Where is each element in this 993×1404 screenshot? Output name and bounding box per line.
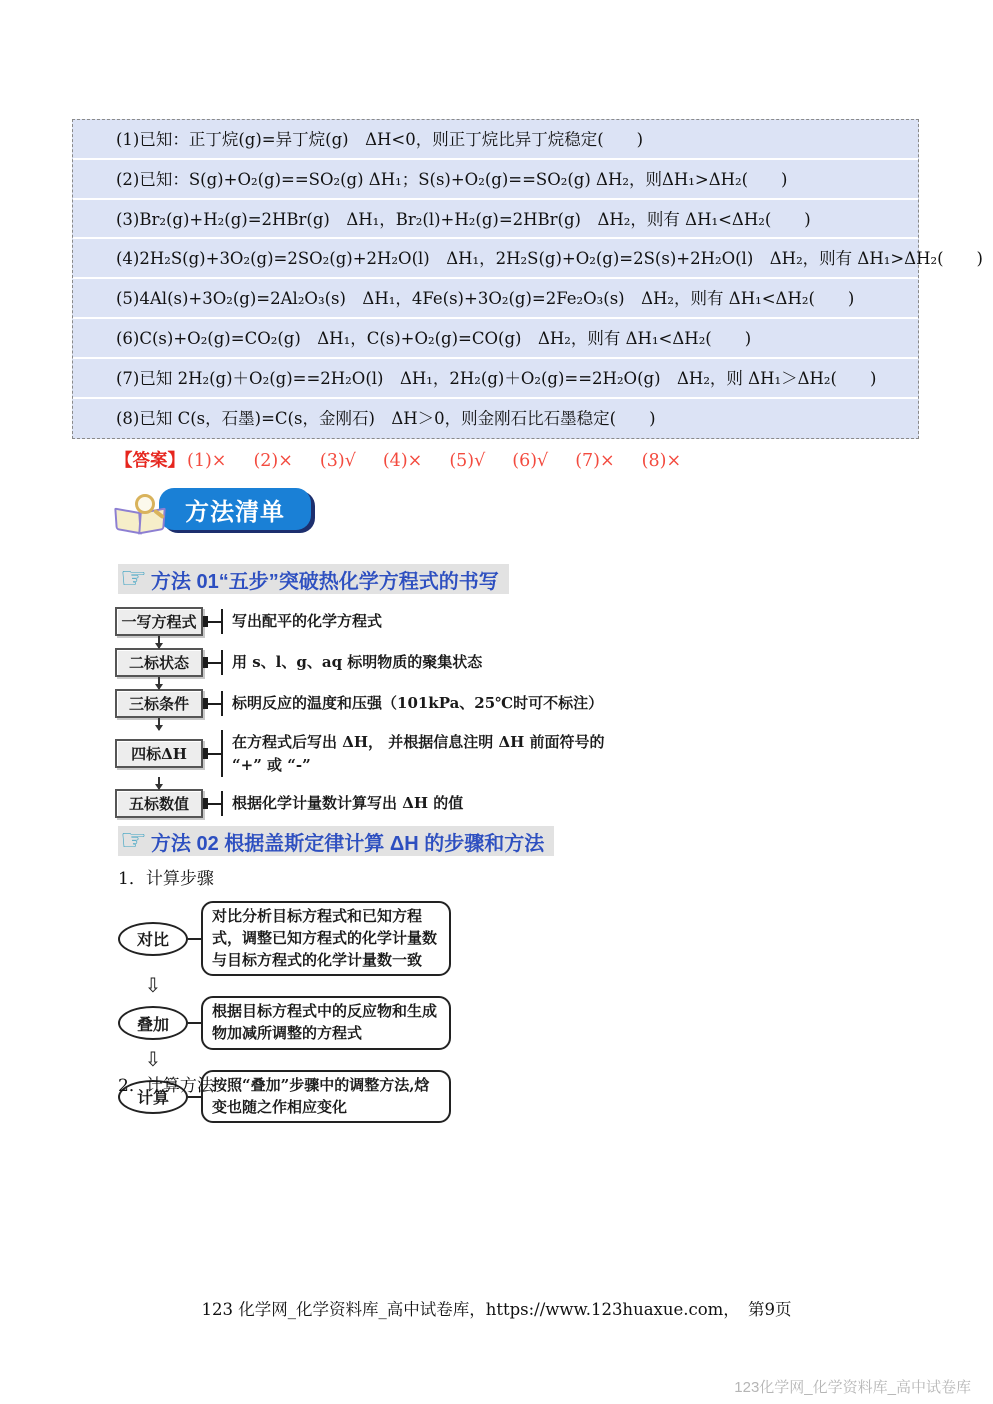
question-table: (1)已知：正丁烷(g)=异丁烷(g) ΔH<0，则正丁烷比异丁烷稳定( ) (…	[72, 119, 919, 439]
hollow-down-arrow-icon: ⇩	[118, 1050, 188, 1070]
step-box: 一写方程式	[115, 607, 203, 636]
step-description: 用 s、l、g、aq 标明物质的聚集状态	[221, 650, 482, 675]
connector-line	[188, 1022, 201, 1024]
connector-line	[208, 662, 221, 664]
page-footer: 123 化学网_化学资料库_高中试卷库，https://www.123huaxu…	[0, 1296, 993, 1320]
step-description: 对比分析目标方程式和已知方程式，调整已知方程式的化学计量数与目标方程式的化学计量…	[201, 901, 451, 976]
answer-item: (6)√	[512, 451, 548, 471]
down-arrow-icon	[158, 636, 160, 648]
answer-item: (4)×	[383, 451, 422, 471]
method02-subtitle-method: 2．计算方法	[118, 1071, 214, 1096]
pointing-hand-icon: ☞	[120, 828, 147, 854]
connector-line	[188, 938, 201, 940]
step-oval: 叠加	[118, 1006, 188, 1040]
method-list-pill: 方法清单	[159, 488, 311, 530]
method02-heading: ☞ 方法 02 根据盖斯定律计算 ΔH 的步骤和方法	[118, 826, 554, 856]
method02-subtitle-steps: 1．计算步骤	[118, 864, 214, 889]
connector-line	[208, 621, 221, 623]
method02-step: ⇩ 对比 对比分析目标方程式和已知方程式，调整已知方程式的化学计量数与目标方程式…	[118, 901, 451, 976]
book-magnifier-icon	[113, 494, 171, 534]
answer-label: 【答案】	[115, 451, 185, 471]
question-row: (5)4Al(s)+3O₂(g)=2Al₂O₃(s) ΔH₁，4Fe(s)+3O…	[73, 279, 918, 319]
step-description: 根据目标方程式中的反应物和生成物加减所调整的方程式	[201, 996, 451, 1050]
method-list-badge: 方法清单	[113, 486, 313, 534]
answer-item: (8)×	[642, 451, 681, 471]
question-row: (7)已知 2H₂(g)＋O₂(g)==2H₂O(l) ΔH₁，2H₂(g)＋O…	[73, 359, 918, 399]
answer-item: (3)√	[320, 451, 356, 471]
step-description: 写出配平的化学方程式	[221, 609, 382, 634]
connector-line	[208, 753, 221, 755]
pointing-hand-icon: ☞	[120, 566, 147, 592]
question-row: (1)已知：正丁烷(g)=异丁烷(g) ΔH<0，则正丁烷比异丁烷稳定( )	[73, 120, 918, 160]
question-row: (2)已知：S(g)+O₂(g)==SO₂(g) ΔH₁；S(s)+O₂(g)=…	[73, 160, 918, 200]
method-list-label: 方法清单	[185, 492, 285, 527]
down-arrow-icon	[158, 777, 160, 789]
method02-title: 方法 02 根据盖斯定律计算 ΔH 的步骤和方法	[151, 827, 544, 856]
answer-items: (1)×(2)×(3)√(4)×(5)√(6)√(7)×(8)×	[185, 451, 681, 471]
answer-line: 【答案】(1)×(2)×(3)√(4)×(5)√(6)√(7)×(8)×	[115, 447, 681, 472]
step-description: 按照“叠加”步骤中的调整方法,焓变也随之作相应变化	[201, 1070, 451, 1124]
method01-title: 方法 01“五步”突破热化学方程式的书写	[151, 565, 499, 594]
method01-flowchart: 一写方程式 写出配平的化学方程式 二标状态 用 s、l、g、aq 标明物质的聚集…	[115, 607, 621, 818]
question-row: (3)Br₂(g)+H₂(g)=2HBr(g) ΔH₁，Br₂(l)+H₂(g)…	[73, 200, 918, 240]
method01-step: 五标数值 根据化学计量数计算写出 ΔH 的值	[115, 777, 621, 818]
method01-step: 四标ΔH 在方程式后写出 ΔH， 并根据信息注明 ΔH 前面符号的 “+” 或 …	[115, 718, 621, 777]
question-row: (6)C(s)+O₂(g)=CO₂(g) ΔH₁，C(s)+O₂(g)=CO(g…	[73, 319, 918, 359]
watermark: 123化学网_化学资料库_高中试卷库	[734, 1376, 971, 1397]
answer-item: (5)√	[449, 451, 485, 471]
method01-step: 二标状态 用 s、l、g、aq 标明物质的聚集状态	[115, 636, 621, 677]
answer-item: (7)×	[575, 451, 614, 471]
step-description: 在方程式后写出 ΔH， 并根据信息注明 ΔH 前面符号的 “+” 或 “-”	[221, 730, 621, 777]
down-arrow-icon	[158, 718, 160, 730]
step-box: 四标ΔH	[115, 739, 203, 768]
method01-heading: ☞ 方法 01“五步”突破热化学方程式的书写	[118, 564, 509, 594]
step-description: 标明反应的温度和压强（101kPa、25℃时可不标注）	[221, 691, 603, 716]
method02-step: ⇩ 叠加 根据目标方程式中的反应物和生成物加减所调整的方程式	[118, 976, 451, 1050]
magnifier-lens	[135, 494, 155, 514]
question-rows: (1)已知：正丁烷(g)=异丁烷(g) ΔH<0，则正丁烷比异丁烷稳定( ) (…	[73, 120, 918, 438]
connector-line	[208, 803, 221, 805]
step-oval: 对比	[118, 922, 188, 956]
down-arrow-icon	[158, 677, 160, 689]
question-row: (4)2H₂S(g)+3O₂(g)=2SO₂(g)+2H₂O(l) ΔH₁，2H…	[73, 239, 918, 279]
answer-item: (1)×	[187, 451, 226, 471]
hollow-down-arrow-icon: ⇩	[118, 976, 188, 996]
method01-step: 一写方程式 写出配平的化学方程式	[115, 607, 621, 636]
connector-line	[208, 703, 221, 705]
answer-item: (2)×	[253, 451, 292, 471]
method01-step: 三标条件 标明反应的温度和压强（101kPa、25℃时可不标注）	[115, 677, 621, 718]
step-description: 根据化学计量数计算写出 ΔH 的值	[221, 791, 463, 816]
question-row: (8)已知 C(s，石墨)=C(s，金刚石) ΔH＞0，则金刚石比石墨稳定( )	[73, 399, 918, 439]
